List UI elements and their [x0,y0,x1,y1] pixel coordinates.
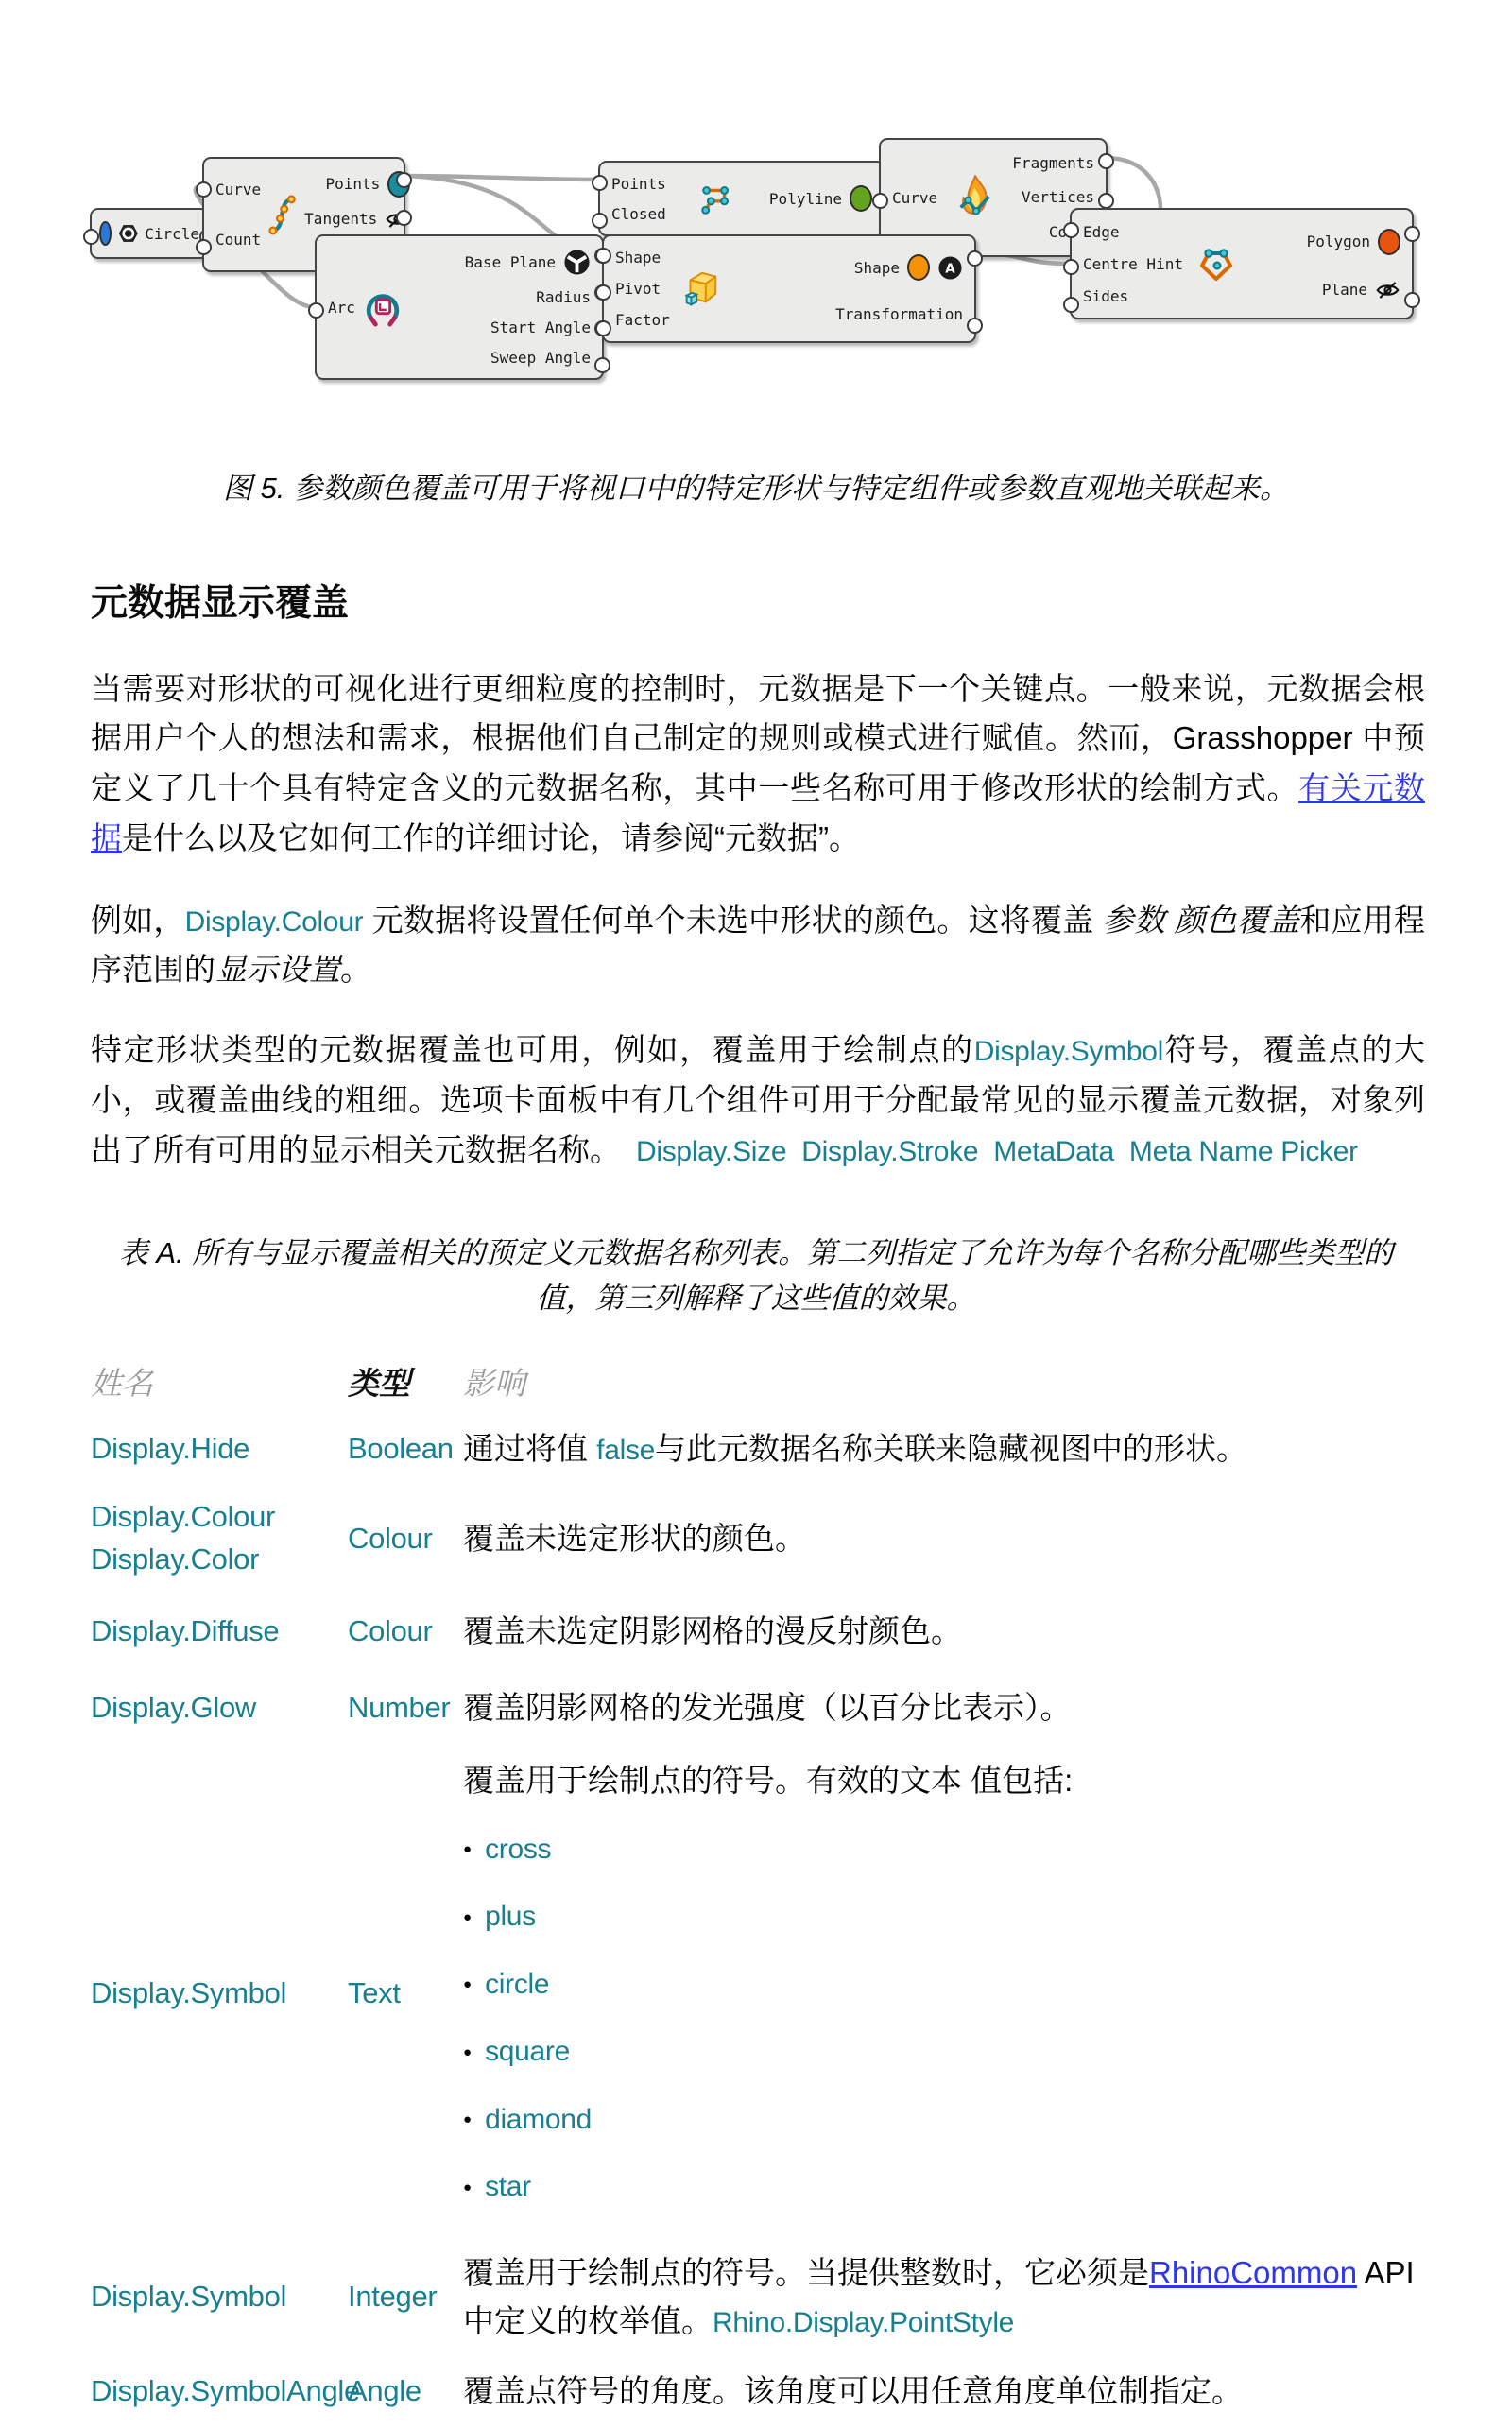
inline-code: Display.Stroke [801,1136,978,1167]
output-label: Tangents [304,210,377,228]
input-label: Sides [1083,287,1128,305]
input-label: Curve [892,189,937,207]
svg-text:A: A [945,261,955,276]
gh-node-polygon: Edge Centre Hint Sides Polygon Plane [1070,208,1414,319]
polyline-icon [699,181,735,215]
output-label: Polygon [1307,233,1370,250]
metadata-type: Boolean [348,1432,454,1465]
input-label: Edge [1083,223,1120,241]
table-row: Display.Symbol Integer 覆盖用于绘制点的符号。当提供整数时… [91,2241,1425,2353]
list-item: square [463,2030,1425,2075]
column-header-name: 姓名 [91,1359,348,1404]
output-label: Points [325,175,380,193]
metadata-type: Angle [348,2374,421,2407]
port [1404,226,1420,242]
input-label: Closed [611,205,666,223]
port [872,193,888,209]
metadata-effect: 覆盖未选定形状的颜色。 [463,1514,1425,1562]
output-label: Fragments [1012,154,1094,172]
emphasis-text: 显示设置 [215,952,340,987]
input-label: Shape [615,249,661,267]
annotation-a-badge-icon: A [937,255,963,281]
metadata-effect: 覆盖阴影网格的发光强度（以百分比表示）。 [463,1683,1425,1731]
body-text: 元数据将设置任何单个未选中形状的颜色。这将覆盖 [363,903,1103,938]
box-icon [679,268,721,310]
metadata-name: Display.Diffuse [91,1614,279,1647]
output-label: Plane [1322,281,1367,299]
metadata-type: Colour [348,1614,433,1647]
shape-output-badge [907,254,930,281]
metadata-effect: 覆盖未选定阴影网格的漫反射颜色。 [463,1607,1425,1655]
port [967,250,983,267]
metadata-effect: 覆盖点符号的角度。该角度可以用任意角度单位制指定。 [463,2367,1425,2415]
table-row: Display.Hide Boolean 通过将值 false与此元数据名称关联… [91,1413,1425,1485]
metadata-type: Number [348,1691,450,1724]
table-row: Display.Colour Display.Color Colour 覆盖未选… [91,1484,1425,1593]
port [1098,153,1114,169]
document-page: Circle Curve Count [0,0,1512,2429]
input-label: Pivot [615,280,661,298]
port [1404,292,1420,308]
port [592,175,608,191]
port [1063,259,1079,275]
port [1098,193,1114,209]
metadata-name: Display.Color [91,1542,259,1576]
column-header-type: 类型 [348,1359,463,1404]
gh-node-polyline: Points Closed Polyline [598,161,885,236]
input-label: Centre Hint [1083,255,1183,273]
body-text: 是什么以及它如何工作的详细讨论，请参阅“元数据”。 [122,820,860,855]
table-row: Display.Symbol Text 覆盖用于绘制点的符号。有效的文本 值包括… [91,1747,1425,2241]
output-label: Radius [536,288,591,306]
list-item: circle [463,1963,1425,2007]
inline-code: MetaData [993,1136,1114,1167]
port [595,284,611,301]
gh-node-circle-param: Circle [90,208,209,259]
paragraph-1: 当需要对形状的可视化进行更细粒度的控制时，元数据是下一个关键点。一般来说，元数据… [91,664,1425,864]
port [196,181,212,198]
figure-caption: 图 5. 参数颜色覆盖可用于将视口中的特定形状与特定组件或参数直观地关联起来。 [113,467,1399,511]
table-header-row: 姓名 类型 影响 [91,1353,1425,1413]
section-heading: 元数据显示覆盖 [91,574,1512,627]
metadata-name: Display.Symbol [91,1976,286,2009]
output-label: Vertices [1022,188,1094,206]
metadata-table: 姓名 类型 影响 Display.Hide Boolean 通过将值 false… [91,1353,1425,2429]
metadata-type: Text [348,1976,401,2009]
rhinocommon-link[interactable]: RhinoCommon [1149,2255,1357,2290]
eye-slash-icon [1375,281,1400,300]
inline-code: Display.Colour [185,906,364,938]
paragraph-3: 特定形状类型的元数据覆盖也可用，例如，覆盖用于绘制点的Display.Symbo… [91,1025,1425,1175]
port [595,248,611,264]
symbol-values-list: cross plus circle square diamond star [463,1828,1425,2210]
output-label: Polyline [769,190,842,208]
gh-node-arc: Arc Base Plane Radius Start Angle Sweep … [315,234,604,380]
input-label: Points [611,175,666,193]
table-row: Display.Glow Number 覆盖阴影网格的发光强度（以百分比表示）。 [91,1669,1425,1746]
metadata-type: Integer [348,2280,437,2313]
metadata-name: Display.Hide [91,1432,249,1465]
circle-param-capsule-icon [99,221,112,246]
input-label: Factor [615,311,670,329]
inline-code: false [596,1435,655,1466]
metadata-effect: 覆盖用于绘制点的符号。有效的文本 值包括: cross plus circle … [463,1754,1425,2233]
list-item: plus [463,1895,1425,1939]
divide-curve-icon [266,191,299,238]
metadata-name: Display.Symbol [91,2280,286,2313]
port [592,213,608,229]
port [396,210,412,226]
output-label: Transformation [835,305,963,323]
body-text: 当需要对形状的可视化进行更细粒度的控制时，元数据是下一个关键点。一般来说，元数据… [91,671,1425,806]
metadata-effect: 通过将值 false与此元数据名称关联来隐藏视图中的形状。 [463,1424,1425,1473]
port [83,229,99,245]
gh-node-scale: Shape Pivot Factor Shape A Transformatio… [602,234,976,343]
grasshopper-diagram: Circle Curve Count [0,55,1512,452]
output-label: Shape [854,259,900,277]
output-label: Sweep Angle [490,349,591,367]
list-item: diamond [463,2098,1425,2143]
port [1063,297,1079,313]
inline-code: Display.Size [636,1136,786,1167]
hexagon-circle-icon [118,216,139,250]
port [967,318,983,334]
port [594,357,610,373]
body-text: 特定形状类型的元数据覆盖也可用，例如，覆盖用于绘制点的 [91,1032,974,1067]
output-label: Start Angle [490,319,591,336]
arc-icon [363,286,403,328]
input-label: Arc [328,299,355,317]
plane-badge-icon [563,249,591,276]
metadata-name: Display.Glow [91,1691,256,1724]
list-item: star [463,2165,1425,2210]
metadata-type: Colour [348,1522,433,1555]
list-item: cross [463,1828,1425,1872]
body-text: 例如， [91,903,185,938]
table-row: Display.Diffuse Colour 覆盖未选定阴影网格的漫反射颜色。 [91,1593,1425,1669]
table-caption: 表 A. 所有与显示覆盖相关的预定义元数据名称列表。第二列指定了允许为每个名称分… [94,1231,1417,1321]
metadata-name: Display.SymbolAngle [91,2374,360,2407]
output-label: Base Plane [465,253,556,271]
input-label: Curve [215,181,261,198]
node-label: Circle [145,225,199,243]
column-header-effect: 影响 [463,1359,1425,1404]
polygon-output-badge [1378,229,1400,255]
input-label: Count [215,231,261,249]
port [595,320,611,336]
metadata-name: Display.Colour [91,1500,275,1533]
port [1063,222,1079,238]
polyline-output-badge [850,185,872,212]
port [396,172,412,188]
polygon-icon [1197,245,1235,283]
port [196,239,212,255]
fire-icon [954,174,996,221]
emphasis-text: 参数 颜色覆盖 [1103,903,1300,938]
paragraph-2: 例如，Display.Colour 元数据将设置任何单个未选中形状的颜色。这将覆… [91,896,1425,996]
inline-code: Meta Name Picker [1129,1136,1358,1167]
port [308,302,324,319]
table-row: Display.SymbolAngle Angle 覆盖点符号的角度。该角度可以… [91,2352,1425,2429]
inline-code: Display.Symbol [974,1036,1163,1067]
body-text: 。 [340,952,371,987]
inline-code: Rhino.Display.PointStyle [713,2307,1014,2338]
metadata-effect: 覆盖用于绘制点的符号。当提供整数时，它必须是RhinoCommon API中定义… [463,2248,1425,2346]
